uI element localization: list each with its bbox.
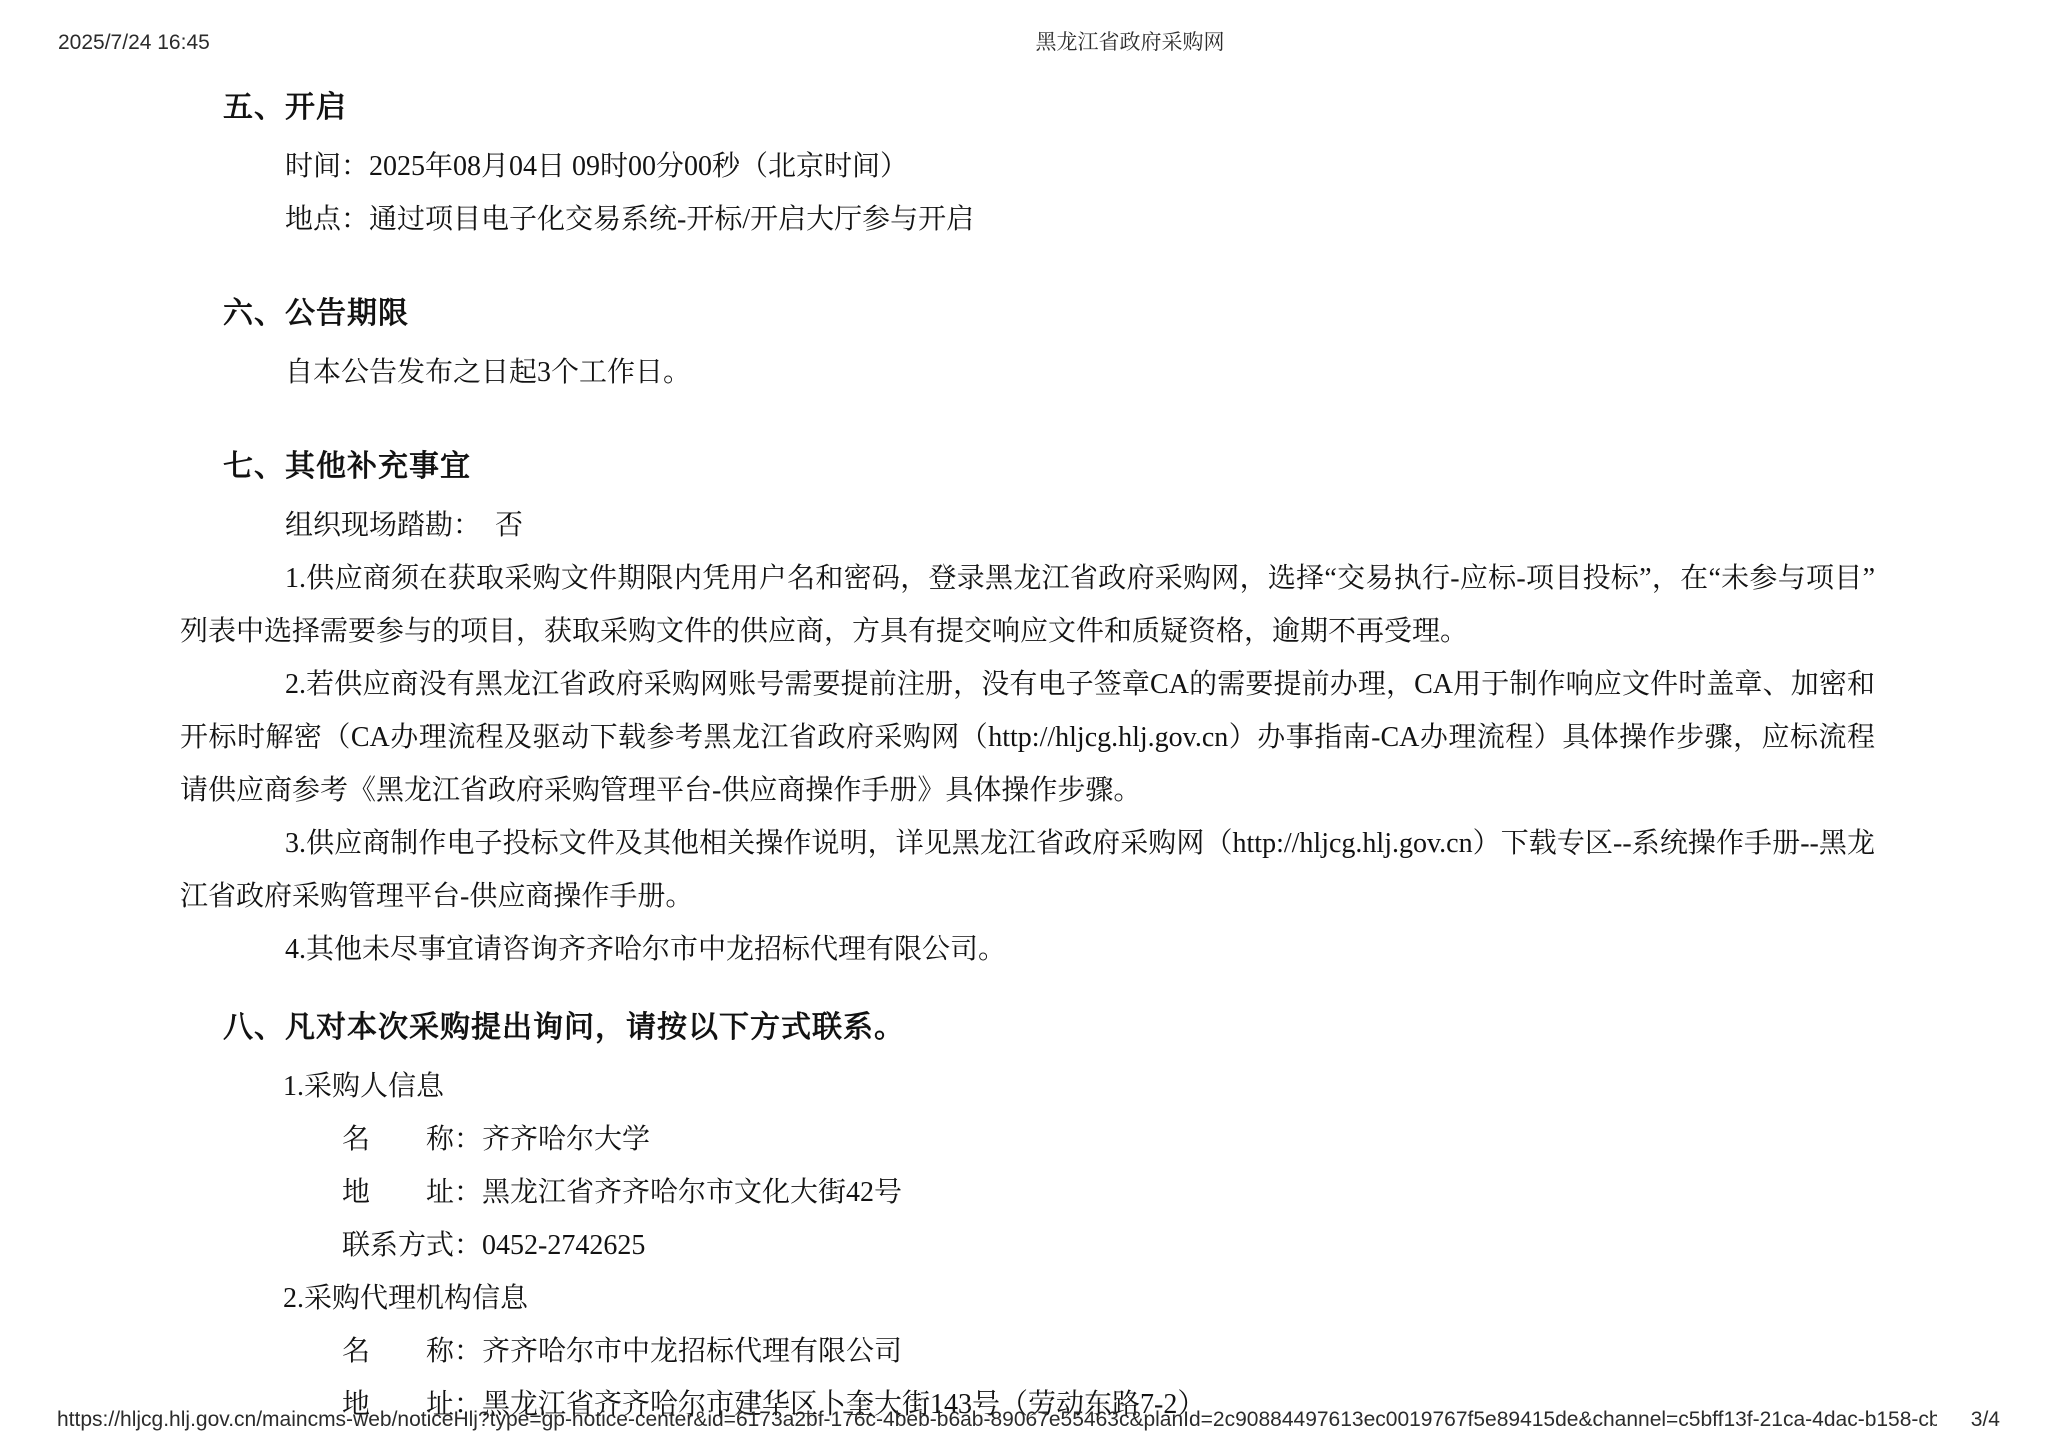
purchaser-phone-row: 联系方式：0452-2742625 — [342, 1219, 1875, 1272]
print-footer: https://hljcg.hlj.gov.cn/maincms-web/not… — [57, 1408, 2000, 1432]
opening-place-line: 地点：通过项目电子化交易系统-开标/开启大厅参与开启 — [285, 193, 1875, 246]
agency-name-row: 名 称：齐齐哈尔市中龙招标代理有限公司 — [342, 1325, 1875, 1378]
site-survey-line: 组织现场踏勘： 否 — [285, 499, 1875, 552]
notice-period-line: 自本公告发布之日起3个工作日。 — [285, 346, 1875, 399]
print-footer-url: https://hljcg.hlj.gov.cn/maincms-web/not… — [57, 1408, 1937, 1432]
notice-document: 五、开启 时间：2025年08月04日 09时00分00秒（北京时间） 地点：通… — [180, 0, 1875, 1431]
print-preview-page: 2025/7/24 16:45 黑龙江省政府采购网 五、开启 时间：2025年0… — [0, 0, 2048, 1447]
other-matters-paragraph-2: 2.若供应商没有黑龙江省政府采购网账号需要提前注册，没有电子签章CA的需要提前办… — [180, 658, 1875, 817]
other-matters-paragraph-1: 1.供应商须在获取采购文件期限内凭用户名和密码，登录黑龙江省政府采购网，选择“交… — [180, 552, 1875, 658]
purchaser-address-row: 地 址：黑龙江省齐齐哈尔市文化大街42号 — [342, 1166, 1875, 1219]
section-heading-opening: 五、开启 — [223, 86, 1875, 130]
other-matters-paragraph-4: 4.其他未尽事宜请咨询齐齐哈尔市中龙招标代理有限公司。 — [180, 923, 1875, 976]
opening-time-line: 时间：2025年08月04日 09时00分00秒（北京时间） — [285, 140, 1875, 193]
section-heading-other-matters: 七、其他补充事宜 — [223, 445, 1875, 489]
section-heading-contact: 八、凡对本次采购提出询问，请按以下方式联系。 — [223, 1006, 1875, 1050]
purchaser-name-row: 名 称：齐齐哈尔大学 — [342, 1113, 1875, 1166]
purchaser-info-label: 1.采购人信息 — [283, 1060, 1875, 1113]
agency-info-label: 2.采购代理机构信息 — [283, 1272, 1875, 1325]
section-heading-notice-period: 六、公告期限 — [223, 292, 1875, 336]
print-footer-page-number: 3/4 — [1971, 1408, 2000, 1432]
other-matters-paragraph-3: 3.供应商制作电子投标文件及其他相关操作说明，详见黑龙江省政府采购网（http:… — [180, 817, 1875, 923]
